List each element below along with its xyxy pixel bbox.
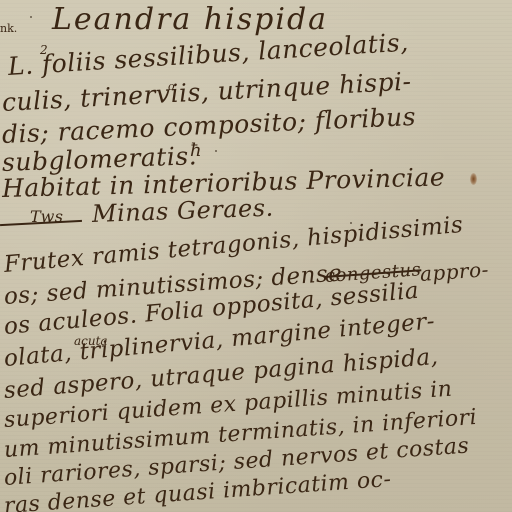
manuscript-page: nk. Leandra hispida 2 L. foliis sessilib… [0, 0, 512, 512]
ink-stain [470, 173, 477, 185]
paper-speck [30, 16, 32, 18]
manuscript-continuation: appro- [419, 257, 489, 286]
paper-speck [215, 150, 217, 152]
species-title: Leandra hispida [52, 2, 328, 37]
manuscript-line: Minas Geraes. [92, 194, 275, 228]
section-mark: ħ [190, 140, 202, 161]
margin-fragment: nk. [0, 22, 17, 35]
